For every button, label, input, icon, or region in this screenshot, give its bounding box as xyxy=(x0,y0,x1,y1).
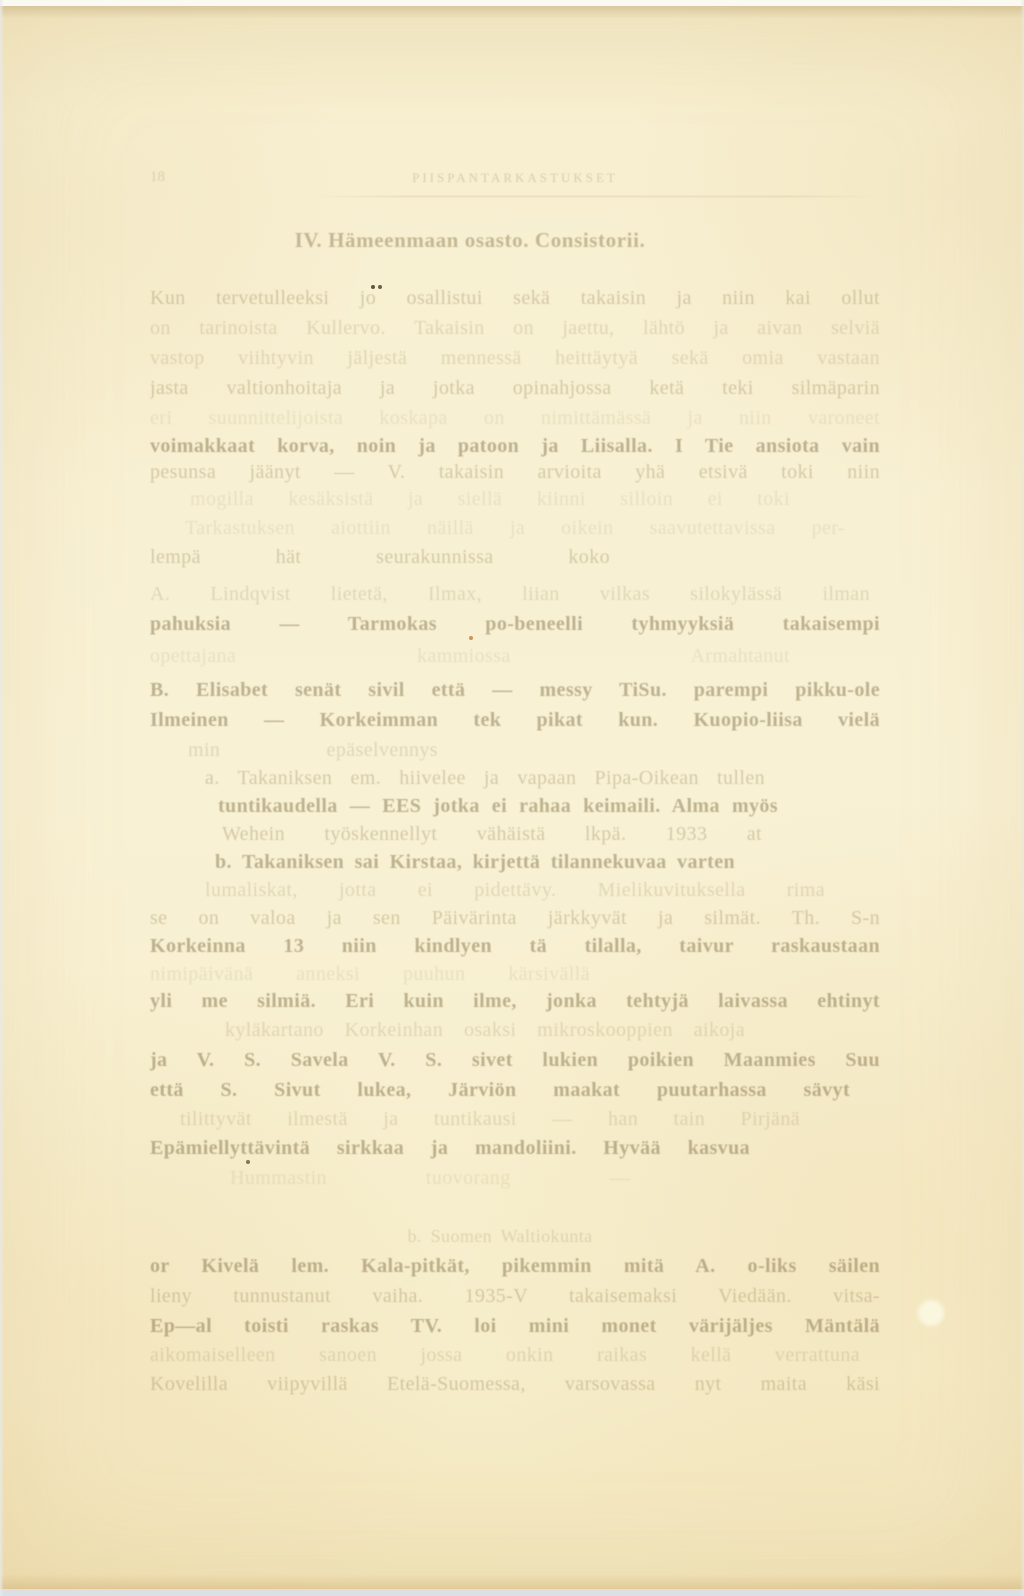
faded-text-line: lumaliskat, jotta ei pidettävy. Mielikuv… xyxy=(205,878,825,903)
ink-speck xyxy=(246,1160,250,1164)
faded-text-line: opettajana kammiossa Armahtanut xyxy=(150,644,790,669)
ink-speck xyxy=(378,285,382,289)
faded-text-line: lempä hät seurakunnissa koko xyxy=(150,545,610,570)
faded-text-line: Wehein työskennellyt vähäistä lkpä. 1933… xyxy=(222,822,762,847)
faded-text-line: or Kivelä lem. Kala-pitkät, pikemmin mit… xyxy=(150,1254,880,1279)
faded-text-line: tuntikaudella — EES jotka ei rahaa keima… xyxy=(218,794,778,819)
faded-text-line: kyläkartano Korkeinhan osaksi mikroskoop… xyxy=(225,1018,745,1043)
running-header: PIISPANTARKASTUKSET xyxy=(150,170,880,188)
faded-text-line: voimakkaat korva, noin ja patoon ja Liis… xyxy=(150,434,880,459)
faded-text-line: b. Takaniksen sai Kirstaa, kirjettä tila… xyxy=(215,850,735,875)
section-heading: IV. Hämeenmaan osasto. Consistorii. xyxy=(150,228,790,254)
faded-text-line: Kovelilla viipyvillä Etelä-Suomessa, var… xyxy=(150,1372,880,1397)
faded-text-line: ja V. S. Savela V. S. sivet lukien poiki… xyxy=(150,1048,880,1073)
faded-text-line: Hummastin tuovorang — xyxy=(230,1166,630,1191)
faded-text-line: min epäselvennys xyxy=(188,738,438,763)
faded-text-line: B. Elisabet senät sivil että — messy TiS… xyxy=(150,678,880,703)
faded-text-line: Korkeinna 13 niin kindlyen tä tilalla, t… xyxy=(150,934,880,959)
scanned-document-page: 18 PIISPANTARKASTUKSET IV. Hämeenmaan os… xyxy=(0,0,1024,1596)
faded-text-line: Epämiellyttävintä sirkkaa ja mandoliini.… xyxy=(150,1136,750,1161)
faded-text-line: a. Takaniksen em. hiivelee ja vapaan Pip… xyxy=(205,766,765,791)
faded-text-line: että S. Sivut lukea, Järviön maakat puut… xyxy=(150,1078,850,1103)
faded-text-line: pesunsa jäänyt — V. takaisin arvioita yh… xyxy=(150,460,880,485)
faded-text-line: eri suunnittelijoista koskapa on nimittä… xyxy=(150,406,880,431)
faded-text-line: aikomaiselleen sanoen jossa onkin raikas… xyxy=(150,1343,860,1368)
ink-speck xyxy=(469,636,473,640)
paper-blemish xyxy=(918,1300,944,1326)
faded-text-line: se on valoa ja sen Päivärinta järkkyvät … xyxy=(150,906,880,931)
faded-text-line: A. Lindqvist lietetä, Ilmax, liian vilka… xyxy=(150,582,870,607)
faded-text-line: mogilla kesäksistä ja siellä kiinni sill… xyxy=(190,487,790,512)
faded-text-line: Tarkastuksen aiottiin näillä ja oikein s… xyxy=(185,516,845,541)
faded-text-line: jasta valtionhoitaja ja jotka opinahjoss… xyxy=(150,376,880,401)
faded-text-line: vastop viihtyvin jäljestä mennessä heitt… xyxy=(150,346,880,371)
faded-text-line: on tarinoista Kullervo. Takaisin on jaet… xyxy=(150,316,880,341)
faded-text-line: lieny tunnustanut vaiha. 1935-V takaisem… xyxy=(150,1284,880,1309)
header-rule xyxy=(312,196,878,197)
faded-text-line: yli me silmiä. Eri kuin ilme, jonka teht… xyxy=(150,989,880,1014)
faded-text-line: tilittyvät ilmestä ja tuntikausi — han t… xyxy=(180,1107,800,1132)
faded-text-line: Kun tervetulleeksi jo osallistui sekä ta… xyxy=(150,286,880,311)
faded-center-note: b. Suomen Waltiokunta xyxy=(280,1224,720,1249)
faded-text-layer: 18 PIISPANTARKASTUKSET IV. Hämeenmaan os… xyxy=(0,0,1024,1596)
faded-text-line: Ilmeinen — Korkeimman tek pikat kun. Kuo… xyxy=(150,708,880,733)
faded-text-line: Ep—al toisti raskas TV. loi mini monet v… xyxy=(150,1314,880,1339)
ink-speck xyxy=(371,285,375,289)
faded-text-line: pahuksia — Tarmokas po-beneelli tyhmyyks… xyxy=(150,612,880,637)
faded-text-line: nimipäivänä anneksi puuhun kärsivällä xyxy=(150,962,590,987)
